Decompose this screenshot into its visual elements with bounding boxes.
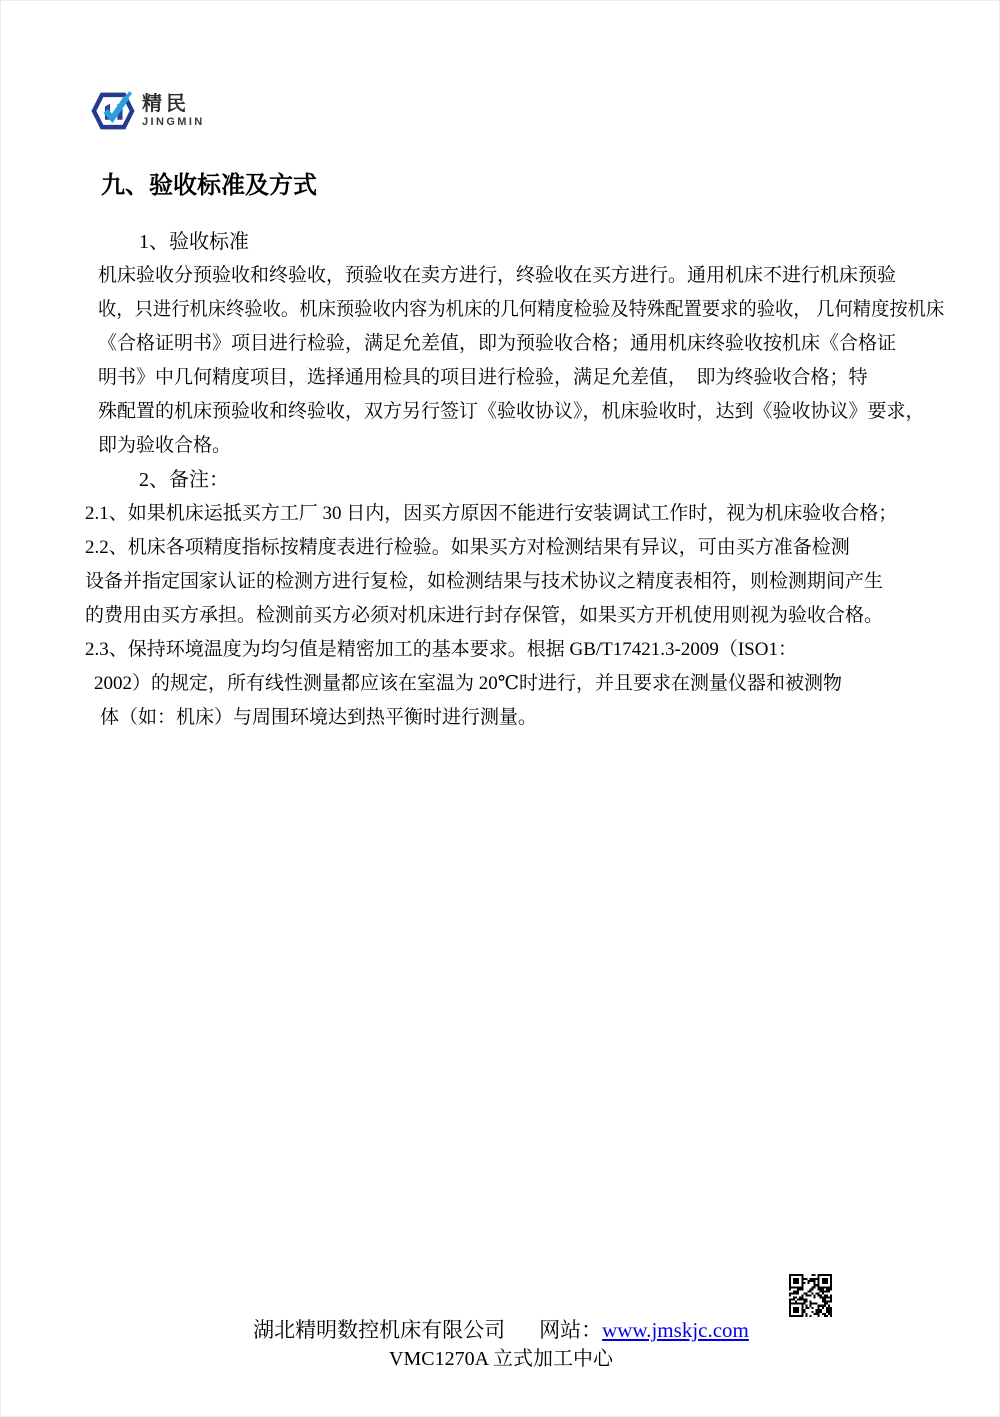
logo-text: 精民 JINGMIN	[142, 87, 205, 129]
subsection-title-remarks: 2、备注：	[139, 463, 951, 497]
logo-text-cn: 精民	[142, 94, 205, 114]
footer-company-line: 湖北精明数控机床有限公司网站：www.jmskjc.com	[1, 1317, 1000, 1343]
paragraph-line: 机床验收分预验收和终验收，预验收在卖方进行，终验收在买方进行。通用机床不进行机床…	[98, 259, 951, 293]
note-line: 的费用由买方承担。检测前买方必须对机床进行封存保管，如果买方开机使用则视为验收合…	[85, 599, 951, 633]
note-line: 2.3、保持环境温度为均匀值是精密加工的基本要求。根据 GB/T17421.3-…	[85, 633, 951, 667]
note-line: 2002）的规定，所有线性测量都应该在室温为 20℃时进行，并且要求在测量仪器和…	[94, 667, 951, 701]
paragraph-line: 即为验收合格。	[98, 429, 951, 463]
subsection-title-acceptance-standard: 1、验收标准	[139, 225, 951, 259]
footer-product-name: VMC1270A 立式加工中心	[1, 1347, 1000, 1371]
document-page: 精民 JINGMIN 九、验收标准及方式 1、验收标准 机床验收分预验收和终验收…	[0, 0, 1000, 1417]
note-line: 体（如：机床）与周围环境达到热平衡时进行测量。	[100, 701, 951, 735]
paragraph-line: 明书》中几何精度项目，选择通用检具的项目进行检验，满足允差值， 即为终验收合格；…	[98, 361, 951, 395]
paragraph-line: 殊配置的机床预验收和终验收，双方另行签订《验收协议》，机床验收时，达到《验收协议…	[98, 395, 951, 429]
section-heading: 九、验收标准及方式	[101, 170, 317, 202]
logo-hexagon-m-check-icon	[91, 87, 135, 135]
footer-site-link[interactable]: www.jmskjc.com	[602, 1318, 749, 1342]
note-line: 2.1、如果机床运抵买方工厂 30 日内，因买方原因不能进行安装调试工作时，视为…	[85, 497, 951, 531]
note-line: 2.2、机床各项精度指标按精度表进行检验。如果买方对检测结果有异议，可由买方准备…	[85, 531, 951, 565]
company-logo: 精民 JINGMIN	[91, 87, 205, 135]
logo-text-en: JINGMIN	[142, 116, 205, 129]
qr-code-icon	[789, 1274, 832, 1317]
footer-site-label: 网站：	[539, 1318, 602, 1342]
footer: 湖北精明数控机床有限公司网站：www.jmskjc.com VMC1270A 立…	[1, 1317, 1000, 1371]
note-line: 设备并指定国家认证的检测方进行复检，如检测结果与技术协议之精度表相符，则检测期间…	[85, 565, 951, 599]
footer-company: 湖北精明数控机床有限公司	[253, 1318, 505, 1342]
paragraph-line: 收，只进行机床终验收。机床预验收内容为机床的几何精度检验及特殊配置要求的验收， …	[98, 293, 919, 327]
document-body: 1、验收标准 机床验收分预验收和终验收，预验收在卖方进行，终验收在买方进行。通用…	[85, 225, 951, 735]
paragraph-line: 《合格证明书》项目进行检验，满足允差值，即为预验收合格；通用机床终验收按机床《合…	[98, 327, 951, 361]
